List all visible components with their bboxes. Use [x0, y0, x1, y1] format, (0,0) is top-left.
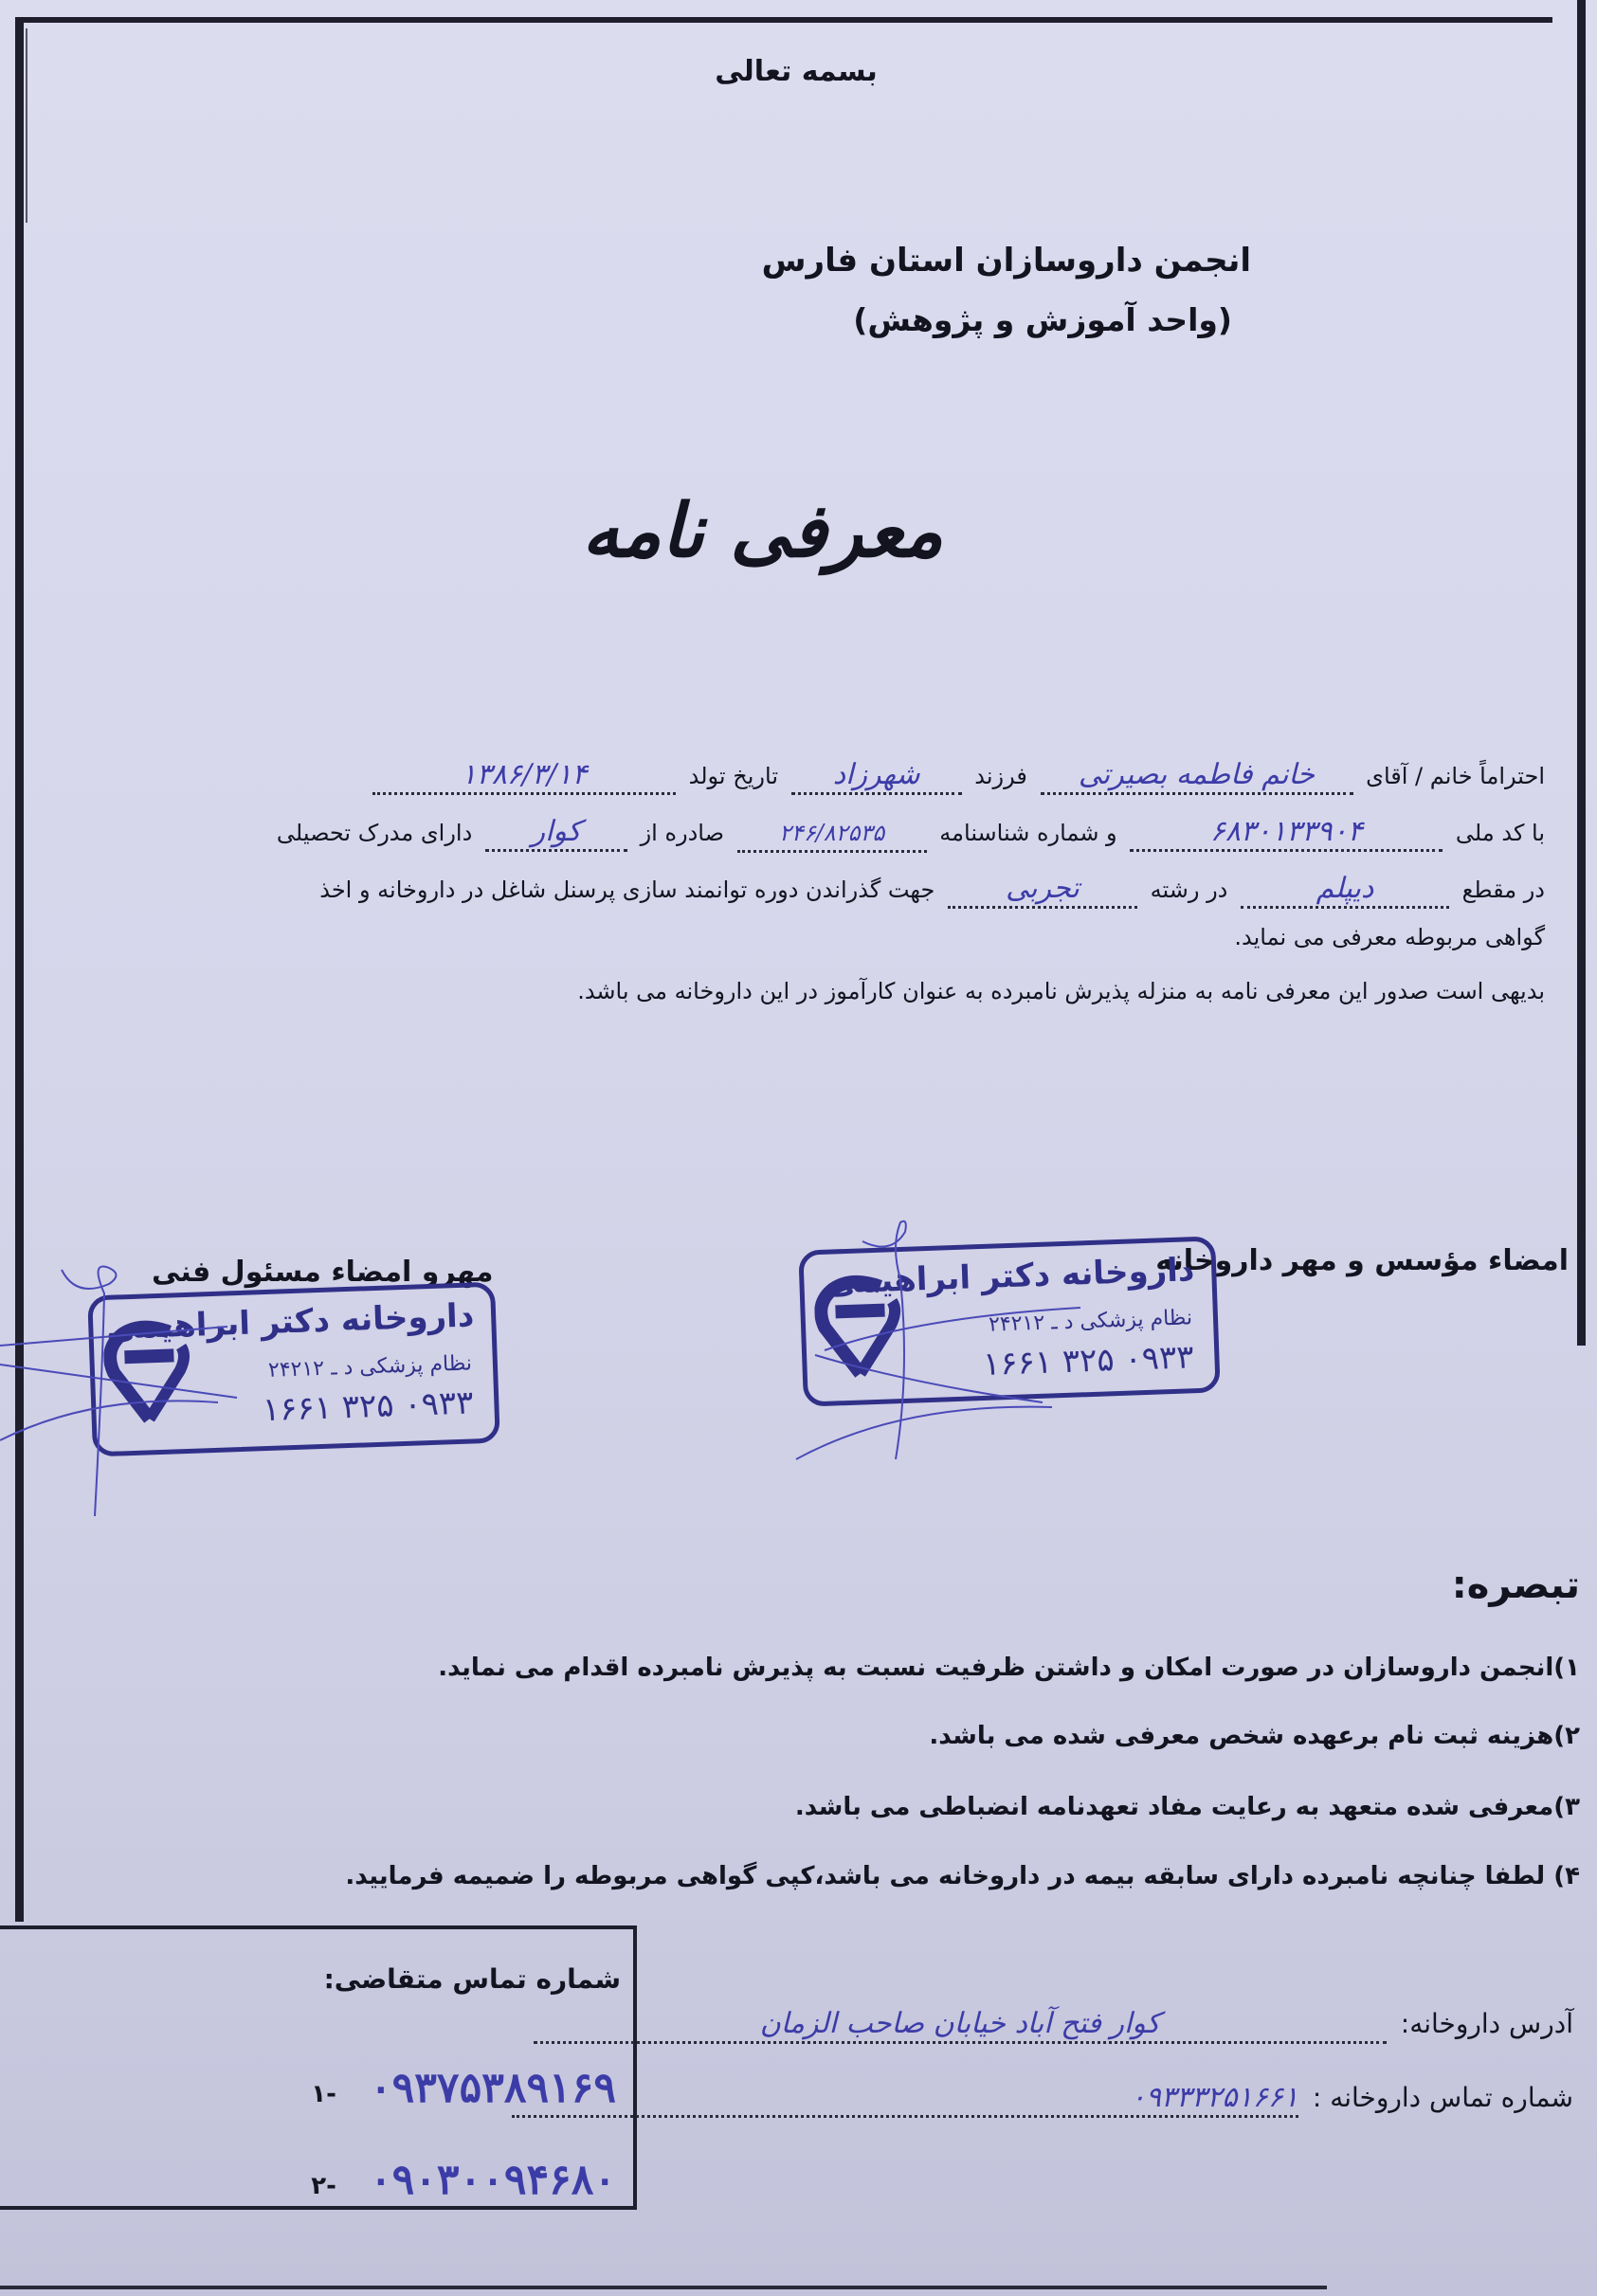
name-field[interactable]: خانم فاطمه بصیرتی — [1041, 758, 1353, 795]
birth-date-field[interactable]: ۱۳۸۶/۳/۱۴ — [372, 758, 676, 795]
field-of-study-field[interactable]: تجربی — [948, 872, 1137, 909]
page-frame-right — [1577, 0, 1586, 1346]
form-line-education: در مقطع دیپلم در رشته تجربی جهت گذراندن … — [319, 872, 1545, 909]
note-item: ۴) لطفا چنانچه نامبرده دارای سابقه بیمه … — [345, 1862, 1580, 1890]
id-number-field[interactable]: ۲۴۶/۸۲۵۳۵ — [737, 816, 927, 853]
field-label: در رشته — [1151, 877, 1228, 903]
form-line-name: احتراماً خانم / آقای خانم فاطمه بصیرتی ف… — [367, 758, 1545, 795]
note-item: ۱)انجمن داروسازان در صورت امکان و داشتن … — [438, 1654, 1580, 1682]
level-field[interactable]: دیپلم — [1241, 872, 1449, 909]
page-frame-top — [17, 17, 1552, 23]
national-code-label: با کد ملی — [1456, 820, 1545, 846]
basmala-heading: بسمه تعالی — [701, 55, 891, 88]
child-of-label: فرزند — [974, 763, 1027, 789]
degree-label: دارای مدرک تحصیلی — [277, 820, 472, 846]
pharmacy-address-line: آدرس داروخانه: کوار فتح آباد خیابان صاحب… — [528, 2007, 1573, 2044]
notes-title: تبصره: — [1452, 1564, 1580, 1607]
salutation-label: احتراماً خانم / آقای — [1366, 763, 1545, 789]
founder-signature — [768, 1203, 1147, 1488]
pharmacy-address-field[interactable]: کوار فتح آباد خیابان صاحب الزمان — [534, 2007, 1387, 2044]
founder-signature-label: امضاء مؤسس و مهر داروخانه — [1155, 1244, 1569, 1277]
bottom-rule — [0, 2286, 1327, 2289]
phone-index: ۲- — [311, 2172, 336, 2200]
applicant-phone-row: ۲- ۰۹۰۳۰۰۹۴۶۸۰ — [311, 2156, 616, 2204]
birth-date-label: تاریخ تولد — [689, 763, 778, 789]
father-name-field[interactable]: شهرزاد — [791, 758, 962, 795]
note-item: ۳)معرفی شده متعهد به رعایت مفاد تعهدنامه… — [795, 1793, 1580, 1821]
disclaimer-text: بدیهی است صدور این معرفی نامه به منزله پ… — [577, 978, 1545, 1004]
applicant-phone-field[interactable]: ۰۹۰۳۰۰۹۴۶۸۰ — [370, 2156, 616, 2204]
applicant-contact-title: شماره تماس متقاضی: — [324, 1963, 621, 1995]
pharmacy-phone-line: شماره تماس داروخانه : ۰۹۳۳۳۲۵۱۶۶۱ — [506, 2081, 1573, 2118]
pharmacy-phone-label: شماره تماس داروخانه : — [1313, 2082, 1573, 2113]
level-label: در مقطع — [1462, 877, 1545, 903]
issued-from-label: صادره از — [641, 820, 724, 846]
closing-text: گواهی مربوطه معرفی می نماید. — [1234, 924, 1545, 950]
pharmacy-address-label: آدرس داروخانه: — [1401, 2008, 1573, 2039]
organization-name: انجمن داروسازان استان فارس — [762, 242, 1251, 280]
national-code-field[interactable]: ۶۸۳۰۱۳۳۹۰۴ — [1130, 815, 1443, 852]
document-title: معرفی نامه — [630, 488, 943, 574]
form-line-ids: با کد ملی ۶۸۳۰۱۳۳۹۰۴ و شماره شناسنامه ۲۴… — [277, 815, 1545, 853]
page-frame-left — [15, 17, 24, 1922]
technical-officer-signature — [0, 1232, 341, 1516]
phone-index: ۱- — [311, 2080, 336, 2108]
purpose-text: جهت گذراندن دوره توانمند سازی پرسنل شاغل… — [319, 877, 935, 903]
organization-unit: (واحد آموزش و پژوهش) — [853, 301, 1232, 338]
id-number-label: و شماره شناسنامه — [939, 820, 1116, 846]
page-frame-left-inner — [26, 28, 27, 223]
note-item: ۲)هزینه ثبت نام برعهده شخص معرفی شده می … — [929, 1722, 1580, 1750]
pharmacy-phone-field[interactable]: ۰۹۳۳۳۲۵۱۶۶۱ — [512, 2081, 1298, 2118]
issued-from-field[interactable]: کوار — [485, 815, 627, 852]
